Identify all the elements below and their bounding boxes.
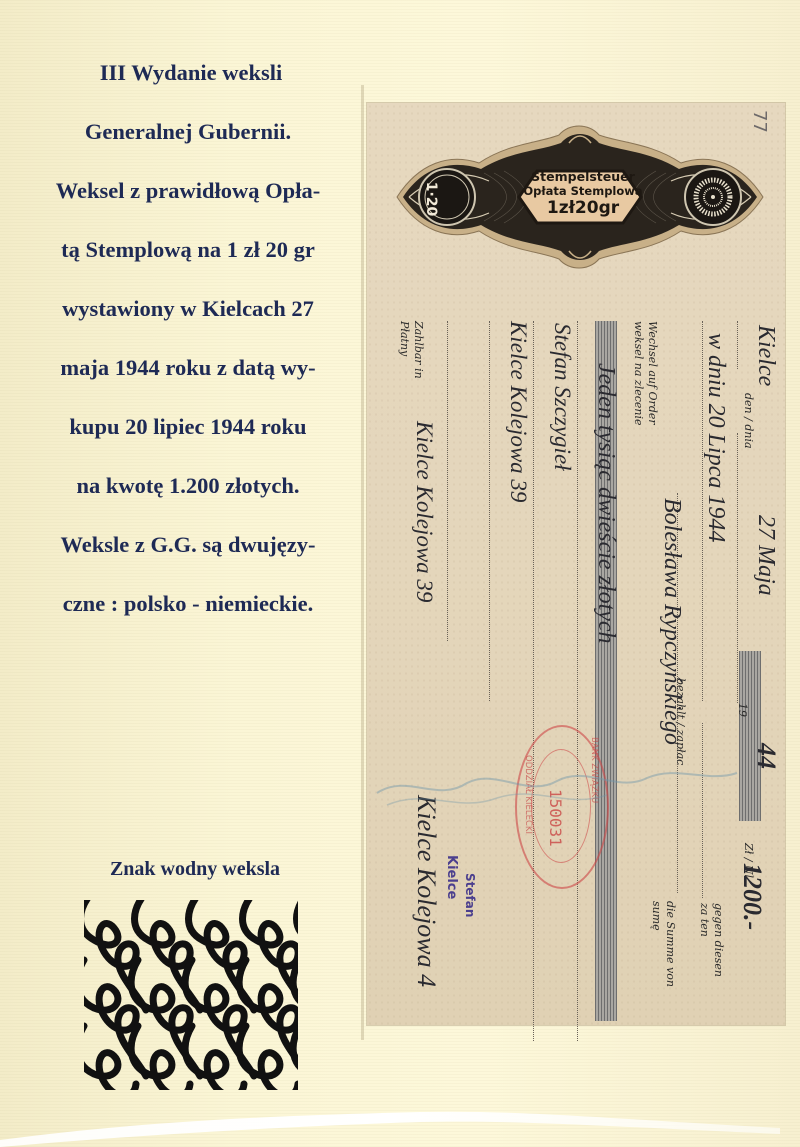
handwritten-signature: Kielce Kolejowa 4 xyxy=(411,795,441,987)
wavy-watermark-icon xyxy=(84,900,298,1090)
stamp-text: Stempelsteuer Opłata Stemplowa 1zł20gr xyxy=(519,170,647,218)
caption-line: na kwotę 1.200 złotych. xyxy=(18,471,358,501)
handwritten-due-date: w dniu 20 Lipca 1944 xyxy=(702,333,729,542)
handwritten-payee: Bolesława Rypczyńskiego xyxy=(658,498,685,745)
caption-line: Weksle z G.G. są dwujęzy- xyxy=(18,530,358,560)
handwritten-payable-at: Kielce Kolejowa 39 xyxy=(411,421,437,602)
handwritten-amount: 1200.- xyxy=(737,863,767,930)
label-za-ten: za ten xyxy=(698,903,711,937)
handwritten-place: Kielce xyxy=(752,325,779,386)
sleeve-edge xyxy=(361,85,364,1040)
label-platny: Płatny xyxy=(398,321,411,356)
purple-stamp-name: Stefan xyxy=(463,873,477,917)
caption-line: wystawiony w Kielcach 27 xyxy=(18,294,358,324)
label-zahlbar: Zahlbar in xyxy=(412,321,425,379)
label-die-summe-von: die Summe von xyxy=(664,901,677,987)
label-sume: sumę xyxy=(650,901,663,931)
label-wechsel-auf-order: Wechsel auf Order xyxy=(646,321,659,425)
pencil-scribble xyxy=(367,743,747,823)
caption-line: czne : polsko - niemieckie. xyxy=(18,589,358,619)
label-weksel-na-zlecenie: weksel na zlecenie xyxy=(632,321,645,426)
caption-line: tą Stemplową na 1 zł 20 gr xyxy=(18,235,358,265)
caption-line: Weksel z prawidłową Opła- xyxy=(18,176,358,206)
handwritten-drawee-name: Stefan Szczygieł xyxy=(549,323,575,471)
caption-line: kupu 20 lipiec 1944 roku xyxy=(18,412,358,442)
label-den: den / dnia xyxy=(742,393,755,449)
handwritten-drawee-address: Kielce Kolejowa 39 xyxy=(505,321,531,502)
handwritten-date: 27 Maja xyxy=(752,515,779,596)
caption-line: III Wydanie weksli xyxy=(18,58,358,88)
watermark-title: Znak wodny weksla xyxy=(70,858,320,881)
stamp-value-medallion: 1·20 xyxy=(407,175,455,223)
purple-stamp-city: Kielce xyxy=(444,855,459,899)
label-year: 19 xyxy=(736,703,749,717)
sleeve-glare xyxy=(0,1090,800,1147)
caption-line: Generalnej Gubernii. xyxy=(18,117,358,147)
handwritten-year: 44 xyxy=(751,743,781,769)
caption-line: maja 1944 roku z datą wy- xyxy=(18,353,358,383)
bill-of-exchange: 77 Stempelsteuer Opłata Stemplowa 1zł20g… xyxy=(367,103,785,1025)
handwritten-sum-words: Jeden tysiąc dwieście złotych xyxy=(592,363,619,644)
label-gegen-diesen: gegen diesen xyxy=(712,903,725,977)
description-caption: III Wydanie weksli Generalnej Gubernii. … xyxy=(18,28,358,648)
